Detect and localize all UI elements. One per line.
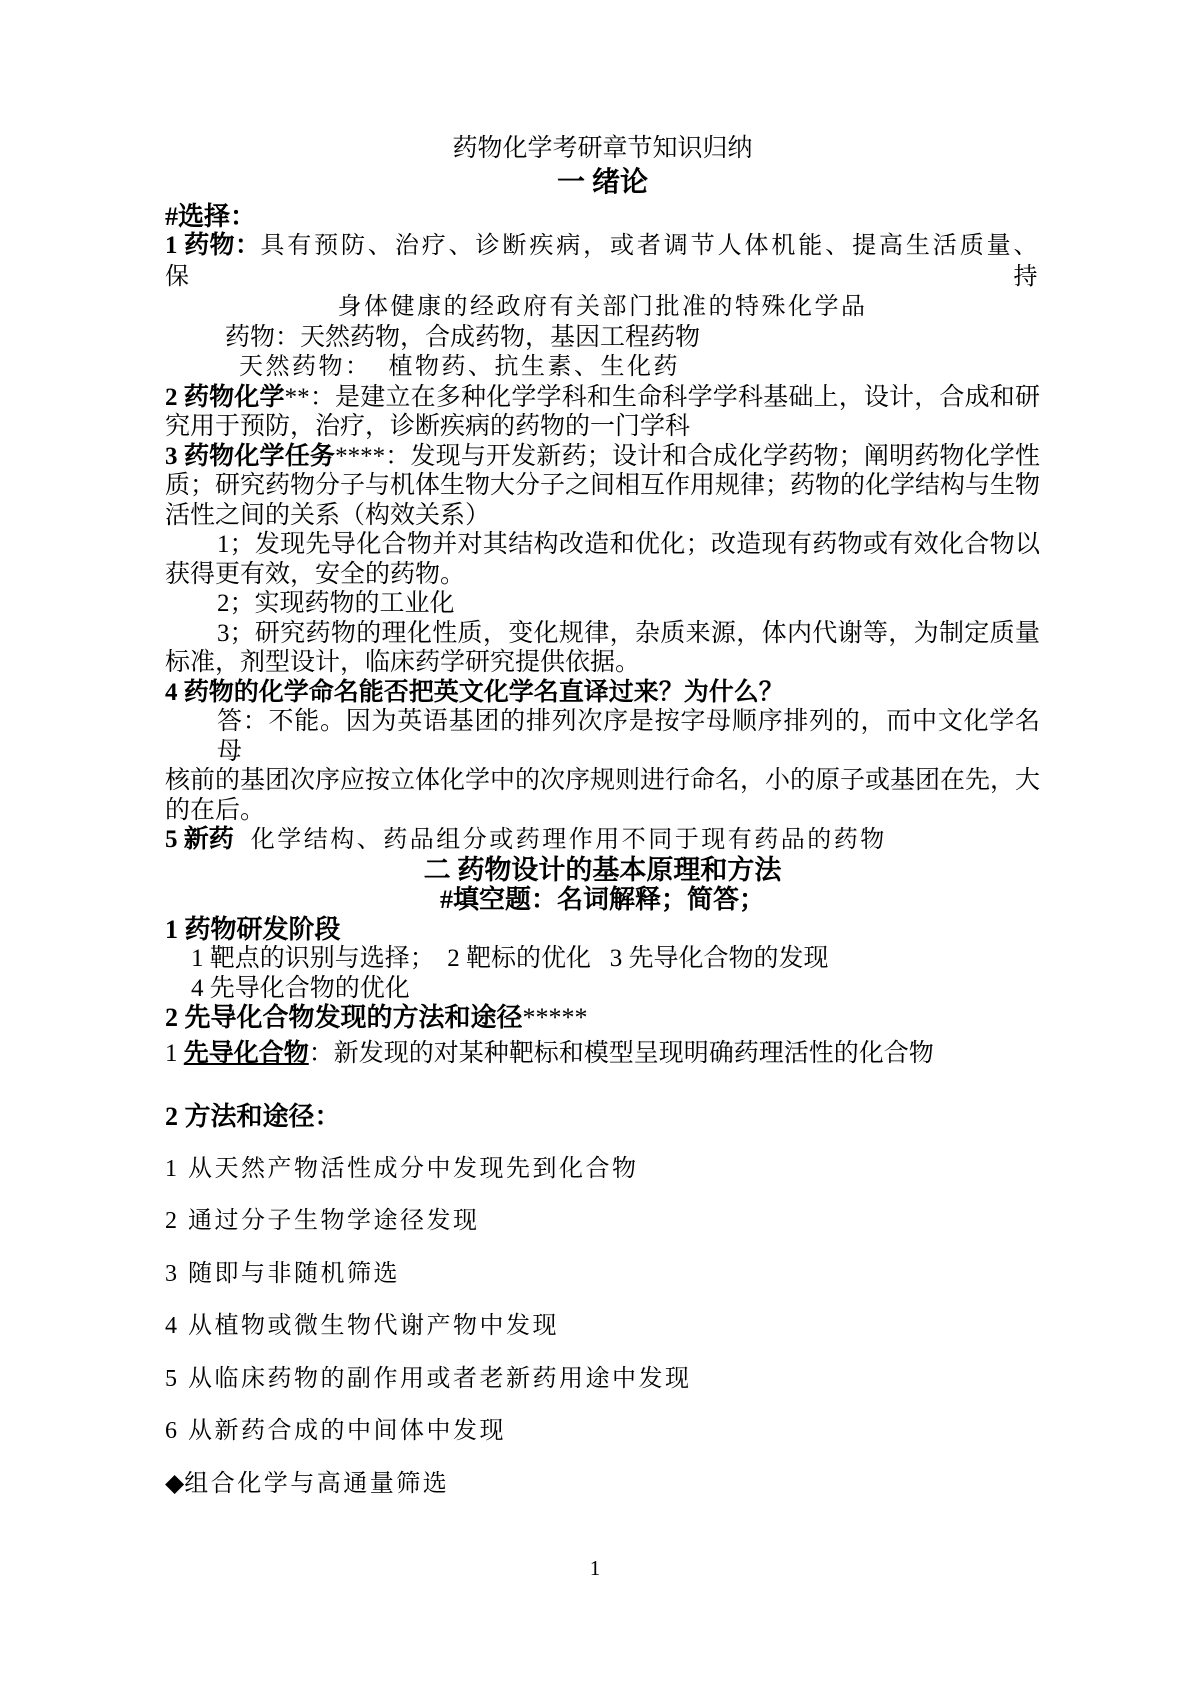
task-item-2: 2；实现药物的工业化 <box>165 589 1040 619</box>
task-item-1: 1；发现先导化合物并对其结构改造和优化；改造现有药物或有效化合物以 <box>165 530 1040 560</box>
term-1-drug-cont: 身体健康的经政府有关部门批准的特殊化学品 <box>165 292 1040 323</box>
text-segment: 答：不能。因为英语基团的排列次序是按字母顺序排列的，而中文化学名母 <box>217 708 1040 765</box>
text-segment: 4 从植物或微生物代谢产物中发现 <box>165 1313 559 1339</box>
text-segment: 3；研究药物的理化性质，变化规律，杂质来源，体内代谢等，为制定质量 <box>217 620 1040 647</box>
text-segment: 是建立在多种化学学科和生命科学学科基础上，设计，合成和研 <box>335 384 1040 411</box>
text-segment: 活性之间的关系（构效关系） <box>165 502 490 529</box>
text-segment: 4 先导化合物的优化 <box>191 975 410 1002</box>
text-segment: 具有预防、治疗、诊断疾病，或者调节人体机能、提高生活质量、保持 <box>165 233 1040 290</box>
text-segment: ◆ <box>165 1470 184 1497</box>
term-2-medchem: 2 药物化学**：是建立在多种化学学科和生命科学学科基础上，设计，合成和研 <box>165 383 1040 413</box>
text-segment: 3 随即与非随机筛选 <box>165 1261 400 1287</box>
text-segment: #选择： <box>165 202 256 231</box>
text-segment: 2 方法和途径： <box>165 1102 341 1131</box>
doc-title: 药物化学考研章节知识归纳 <box>165 134 1040 164</box>
text-segment: ****： <box>335 443 410 470</box>
question-type-label-2: #填空题：名词解释；简答； <box>165 885 1040 915</box>
heading-methods: 2 方法和途径： <box>165 1102 1040 1132</box>
text-segment: 天然药物： 植物药、抗生素、生化药 <box>239 354 680 380</box>
heading-lead-discovery: 2 先导化合物发现的方法和途径***** <box>165 1003 1040 1033</box>
text-segment: 组合化学与高通量筛选 <box>184 1471 449 1497</box>
text-segment: 一 绪论 <box>557 167 648 198</box>
text-segment: ***** <box>523 1003 588 1032</box>
text-segment: 究用于预防，治疗，诊断疾病的药物的一门学科 <box>165 413 690 440</box>
text-segment: **： <box>285 384 335 411</box>
text-segment: 标准，剂型设计，临床药学研究提供依据。 <box>165 649 640 676</box>
heading-rd-stages: 1 药物研发阶段 <box>165 915 1040 945</box>
text-segment: 4 药物的化学命名能否把英文化学名直译过来？为什么？ <box>165 679 784 706</box>
answer-4-cont2: 的在后。 <box>165 796 1040 826</box>
text-segment: 二 药物设计的基本原理和方法 <box>424 855 782 885</box>
text-segment: 获得更有效，安全的药物。 <box>165 561 465 588</box>
text-segment: 发现与开发新药；设计和合成化学药物；阐明药物化学性 <box>410 443 1040 470</box>
text-segment: 药物：天然药物，合成药物，基因工程药物 <box>225 324 700 351</box>
question-type-label-1: #选择： <box>165 202 1040 232</box>
task-item-3-cont: 标准，剂型设计，临床药学研究提供依据。 <box>165 648 1040 678</box>
text-segment: 1；发现先导化合物并对其结构改造和优化；改造现有药物或有效化合物以 <box>217 531 1040 558</box>
text-segment: 身体健康的经政府有关部门批准的特殊化学品 <box>338 294 868 320</box>
text-segment: 2 通过分子生物学途径发现 <box>165 1208 480 1234</box>
text-segment: 2 药物化学 <box>165 384 285 411</box>
page-footer: 1 <box>0 1556 1190 1581</box>
method-item-6: 6 从新药合成的中间体中发现 <box>165 1416 1040 1447</box>
text-segment: 新发现的对某种靶标和模型呈现明确药理活性的化合物 <box>334 1040 934 1067</box>
section-1-heading: 一 绪论 <box>165 164 1040 202</box>
method-item-5: 5 从临床药物的副作用或者老新药用途中发现 <box>165 1364 1040 1395</box>
text-segment: 药物化学考研章节知识归纳 <box>452 135 752 162</box>
page-number: 1 <box>590 1556 601 1580</box>
text-segment: 核前的基团次序应按立体化学中的次序规则进行命名，小的原子或基团在先，大 <box>165 767 1040 794</box>
text-segment: 2；实现药物的工业化 <box>217 590 455 617</box>
natural-drug-categories: 天然药物： 植物药、抗生素、生化药 <box>165 352 1040 383</box>
combinatorial-note: ◆组合化学与高通量筛选 <box>165 1469 1040 1500</box>
task-item-3: 3；研究药物的理化性质，变化规律，杂质来源，体内代谢等，为制定质量 <box>165 619 1040 649</box>
task-item-1-cont: 获得更有效，安全的药物。 <box>165 560 1040 590</box>
drug-categories: 药物：天然药物，合成药物，基因工程药物 <box>165 323 1040 353</box>
text-segment: 化学结构、药品组分或药理作用不同于现有药品的药物 <box>234 827 887 853</box>
text-segment: 1 靶点的识别与选择； 2 靶标的优化 3 先导化合物的发现 <box>191 945 829 972</box>
answer-4: 答：不能。因为英语基团的排列次序是按字母顺序排列的，而中文化学名母 <box>165 707 1040 766</box>
answer-4-cont: 核前的基团次序应按立体化学中的次序规则进行命名，小的原子或基团在先，大 <box>165 766 1040 796</box>
term-5-newdrug: 5 新药 化学结构、药品组分或药理作用不同于现有药品的药物 <box>165 825 1040 856</box>
method-item-4: 4 从植物或微生物代谢产物中发现 <box>165 1311 1040 1342</box>
underlined-term: 先导化合物 <box>184 1040 309 1067</box>
text-segment: 6 从新药合成的中间体中发现 <box>165 1418 506 1444</box>
text-segment: 1 从天然产物活性成分中发现先到化合物 <box>165 1156 639 1182</box>
rd-stages-items-cont: 4 先导化合物的优化 <box>165 974 1040 1004</box>
term-3-tasks: 3 药物化学任务****：发现与开发新药；设计和合成化学药物；阐明药物化学性 <box>165 442 1040 472</box>
text-segment: 质；研究药物分子与机体生物大分子之间相互作用规律；药物的化学结构与生物 <box>165 472 1040 499</box>
text-segment: 5 新药 <box>165 826 234 853</box>
text-segment: 的在后。 <box>165 797 265 824</box>
text-segment: 5 从临床药物的副作用或者老新药用途中发现 <box>165 1366 692 1392</box>
text-segment: #填空题：名词解释；简答； <box>440 885 765 914</box>
term-lead-compound: 1 先导化合物：新发现的对某种靶标和模型呈现明确药理活性的化合物 <box>165 1039 1040 1069</box>
text-segment: 1 药物： <box>165 232 260 259</box>
document-page: 药物化学考研章节知识归纳一 绪论#选择：1 药物：具有预防、治疗、诊断疾病，或者… <box>0 0 1190 1499</box>
rd-stages-items: 1 靶点的识别与选择； 2 靶标的优化 3 先导化合物的发现 <box>165 944 1040 974</box>
text-segment: 1 药物研发阶段 <box>165 915 341 944</box>
text-segment: 3 药物化学任务 <box>165 443 335 470</box>
method-item-2: 2 通过分子生物学途径发现 <box>165 1206 1040 1237</box>
term-1-drug: 1 药物：具有预防、治疗、诊断疾病，或者调节人体机能、提高生活质量、保持 <box>165 231 1040 292</box>
method-item-1: 1 从天然产物活性成分中发现先到化合物 <box>165 1154 1040 1185</box>
term-2-medchem-cont: 究用于预防，治疗，诊断疾病的药物的一门学科 <box>165 412 1040 442</box>
section-2-heading: 二 药物设计的基本原理和方法 <box>165 856 1040 886</box>
text-segment: 2 先导化合物发现的方法和途径 <box>165 1003 523 1032</box>
text-segment: ： <box>309 1040 334 1067</box>
question-4: 4 药物的化学命名能否把英文化学名直译过来？为什么？ <box>165 678 1040 708</box>
method-item-3: 3 随即与非随机筛选 <box>165 1259 1040 1290</box>
text-segment: 1 <box>165 1040 184 1067</box>
term-3-tasks-cont2: 活性之间的关系（构效关系） <box>165 501 1040 531</box>
term-3-tasks-cont: 质；研究药物分子与机体生物大分子之间相互作用规律；药物的化学结构与生物 <box>165 471 1040 501</box>
